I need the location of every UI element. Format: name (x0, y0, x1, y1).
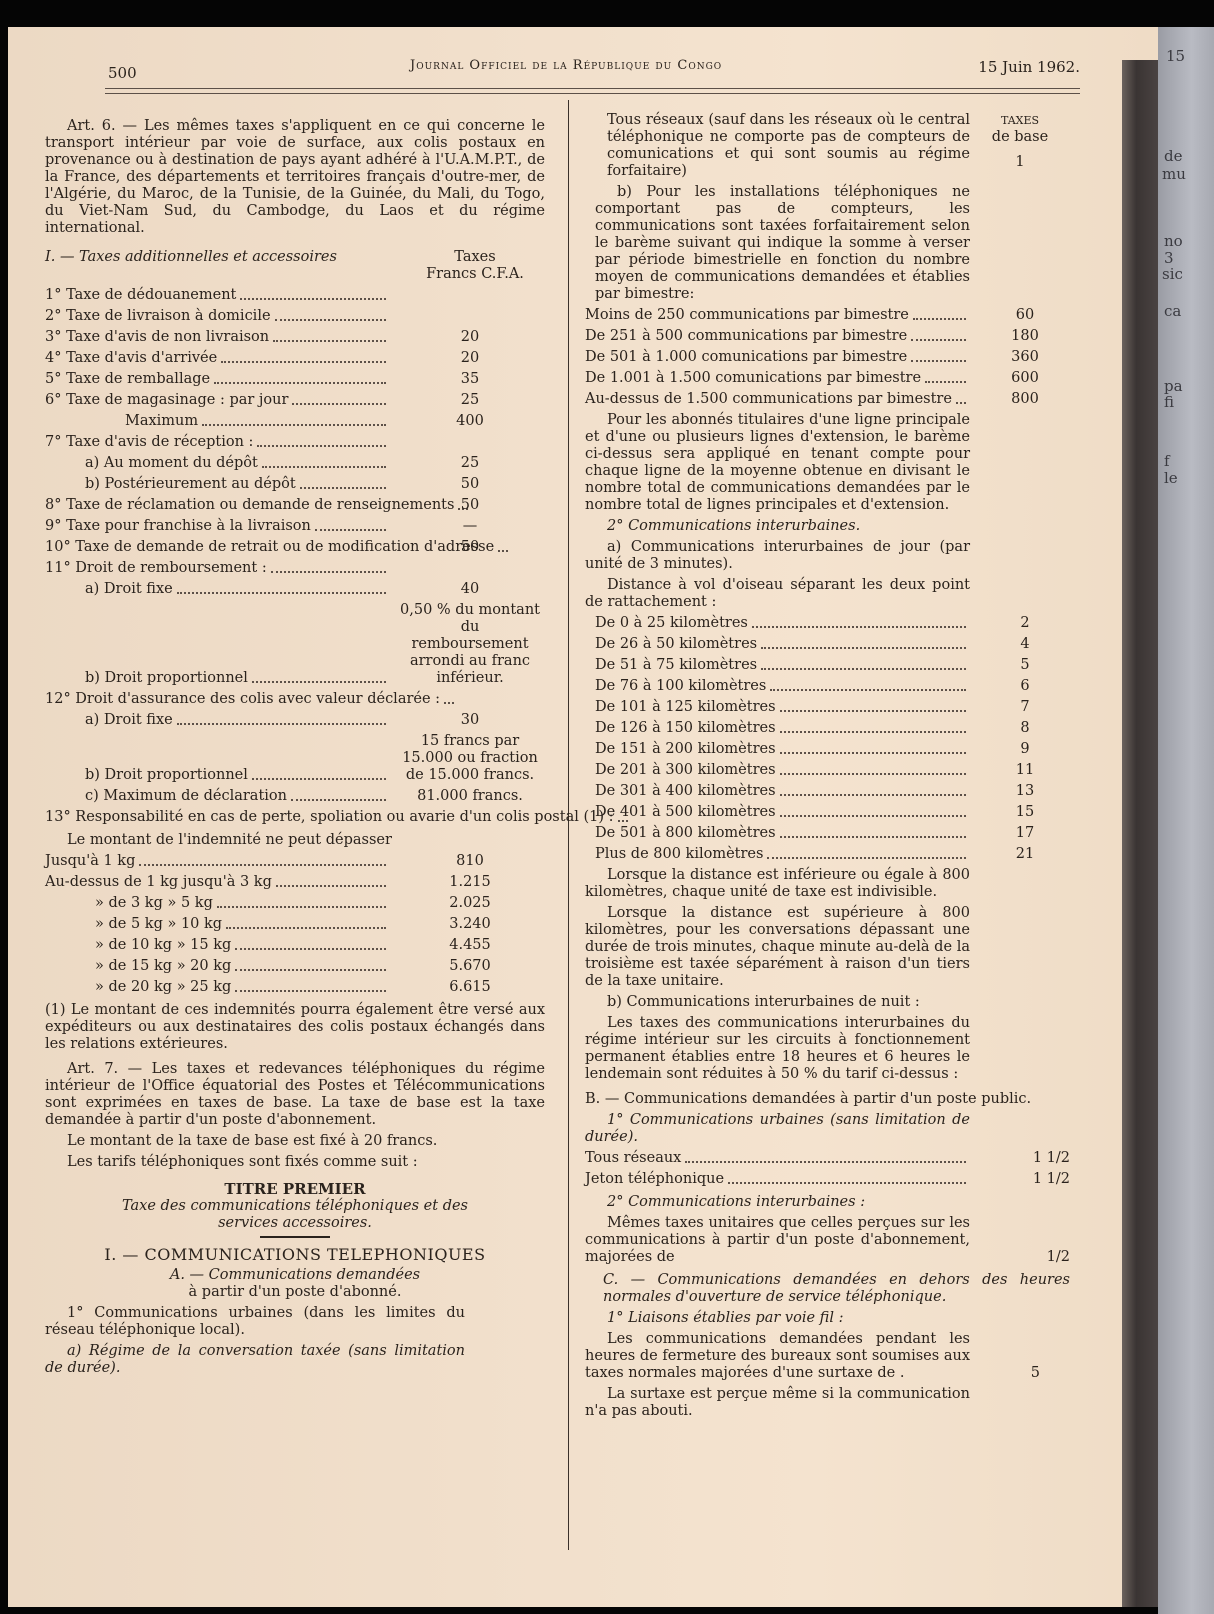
tax-item-row: b) Droit proportionnel0,50 % du montant … (45, 602, 545, 687)
leader-dots (262, 466, 386, 468)
leader-dots (767, 857, 966, 859)
tariffs-intro: Les tarifs téléphoniques sont fixés comm… (45, 1154, 545, 1171)
row-label-wrap: 13° Responsabilité en cas de perte, spol… (45, 809, 390, 826)
leader-dots (217, 906, 386, 908)
row-value: 15 francs par 15.000 ou fraction de 15.0… (390, 733, 540, 784)
leader-dots (761, 668, 966, 670)
indemnity-row: » de 15 kg » 20 kg5.670 (45, 958, 545, 975)
row-label-wrap: 8° Taxe de réclamation ou demande de ren… (45, 497, 390, 514)
indemnity-row: Jusqu'à 1 kg810 (45, 853, 545, 870)
C1-text: Les communications demandées pendant les… (585, 1331, 970, 1382)
row-value: 15 (970, 804, 1070, 821)
row-value: 1 1/2 (970, 1150, 1070, 1167)
leader-dots (911, 339, 966, 341)
tous-reseaux-value: 1 (970, 154, 1070, 171)
distance-row: De 401 à 500 kilomètres15 (585, 804, 1070, 821)
urban-comm-text: 1° Communications urbaines (dans les lim… (45, 1305, 545, 1339)
row-label: Au-dessus de 1.500 communications par bi… (585, 391, 952, 408)
row-value: 5 (970, 657, 1070, 674)
leader-dots (252, 681, 386, 683)
row-label-wrap: De 251 à 500 communications par bimestre (585, 328, 970, 345)
surtaxe-text: La surtaxe est perçue même si la communi… (585, 1386, 970, 1420)
row-value: — (390, 518, 540, 535)
distance-row: De 76 à 100 kilomètres6 (585, 678, 1070, 695)
column-header: Taxes Francs C.F.A. (390, 249, 545, 283)
titre-premier-heading: TITRE PREMIER (45, 1181, 545, 1198)
tax-item-row: 9° Taxe pour franchise à la livraison— (45, 518, 545, 535)
public-urban-row: Jeton téléphonique1 1/2 (585, 1171, 1070, 1188)
row-label-wrap: De 401 à 500 kilomètres (585, 804, 970, 821)
leader-dots (276, 885, 386, 887)
leader-dots (221, 361, 386, 363)
row-label: Au-dessus de 1 kg jusqu'à 3 kg (45, 874, 272, 891)
row-label: c) Maximum de déclaration (45, 788, 287, 805)
row-label: a) Droit fixe (45, 581, 173, 598)
tax-item-row: 7° Taxe d'avis de réception : (45, 434, 545, 451)
row-value: 20 (390, 329, 540, 346)
tax-item-row: b) Postérieurement au dépôt50 (45, 476, 545, 493)
row-label: b) Postérieurement au dépôt (45, 476, 296, 493)
row-value: 4 (970, 636, 1070, 653)
leader-dots (761, 647, 966, 649)
row-label: De 151 à 200 kilomètres (585, 741, 776, 758)
row-label-wrap: 11° Droit de remboursement : (45, 560, 390, 577)
right-column: Tous réseaux (sauf dans les réseaux où l… (585, 108, 1070, 1424)
leader-dots (444, 702, 454, 704)
row-label-wrap: » de 5 kg » 10 kg (45, 916, 390, 933)
row-label-wrap: Jusqu'à 1 kg (45, 853, 390, 870)
leader-dots (780, 731, 966, 733)
base-tax-text: Le montant de la taxe de base est fixé à… (45, 1133, 545, 1150)
row-value: 1 1/2 (970, 1171, 1070, 1188)
distance-table: De 0 à 25 kilomètres2De 26 à 50 kilomètr… (585, 615, 1070, 863)
tax-item-row: 2° Taxe de livraison à domicile (45, 308, 545, 325)
tax-item-row: c) Maximum de déclaration81.000 francs. (45, 788, 545, 805)
row-label-wrap: De 126 à 150 kilomètres (585, 720, 970, 737)
row-label: De 126 à 150 kilomètres (585, 720, 776, 737)
leader-dots (780, 815, 966, 817)
tax-column: TAXES de base 1 (970, 112, 1070, 180)
C1-value: 5 (970, 1365, 1070, 1382)
tax-item-row: 4° Taxe d'avis d'arrivée20 (45, 350, 545, 367)
section-title: I. — Taxes additionnelles et accessoires (45, 249, 390, 283)
issue-date: 15 Juin 1962. (978, 58, 1080, 76)
row-value: 11 (970, 762, 1070, 779)
row-label: Maximum (45, 413, 198, 430)
row-value: 35 (390, 371, 540, 388)
row-label-wrap: De 26 à 50 kilomètres (585, 636, 970, 653)
tax-item-row: a) Au moment du dépôt25 (45, 455, 545, 472)
leader-dots (300, 487, 386, 489)
bimestre-row: De 251 à 500 communications par bimestre… (585, 328, 1070, 345)
row-label: 2° Taxe de livraison à domicile (45, 308, 271, 325)
row-value: 1.215 (390, 874, 540, 891)
row-label-wrap: Jeton téléphonique (585, 1171, 970, 1188)
row-value: 6 (970, 678, 1070, 695)
leader-dots (315, 529, 386, 531)
book-gutter-shadow (1122, 60, 1158, 1607)
next-page-fragment: f (1164, 452, 1170, 470)
row-label: 11° Droit de remboursement : (45, 560, 267, 577)
column-header-line2: Francs C.F.A. (405, 266, 545, 283)
row-label: » de 5 kg » 10 kg (45, 916, 222, 933)
tax-item-row: 11° Droit de remboursement : (45, 560, 545, 577)
row-label-wrap: De 151 à 200 kilomètres (585, 741, 970, 758)
b-installations-text: b) Pour les installations téléphoniques … (585, 184, 970, 303)
additional-taxes-list: 1° Taxe de dédouanement2° Taxe de livrai… (45, 287, 545, 826)
indemnity-table: Jusqu'à 1 kg810Au-dessus de 1 kg jusqu'à… (45, 853, 545, 996)
row-label-wrap: c) Maximum de déclaration (45, 788, 390, 805)
leader-dots (780, 836, 966, 838)
tax-item-row: 13° Responsabilité en cas de perte, spol… (45, 809, 545, 826)
next-page-fragment: sic (1162, 265, 1183, 283)
row-label: 5° Taxe de remballage (45, 371, 210, 388)
row-value: 40 (390, 581, 540, 598)
row-value: 810 (390, 853, 540, 870)
row-label-wrap: 10° Taxe de demande de retrait ou de mod… (45, 539, 390, 556)
tax-item-row: 6° Taxe de magasinage : par jour25 (45, 392, 545, 409)
column-header-line2: de base (970, 129, 1070, 146)
B1-heading: 1° Communications urbaines (sans limitat… (585, 1112, 970, 1146)
row-label: 4° Taxe d'avis d'arrivée (45, 350, 217, 367)
bimestre-row: De 501 à 1.000 comunications par bimestr… (585, 349, 1070, 366)
row-label: Jeton téléphonique (585, 1171, 724, 1188)
partC-heading: C. — Communications demandées en dehors … (585, 1272, 1070, 1306)
B2-row: Mêmes taxes unitaires que celles perçues… (585, 1215, 1070, 1266)
partA-heading-line1: A. — Communications demandées (45, 1267, 545, 1284)
indemnity-row: » de 3 kg » 5 kg2.025 (45, 895, 545, 912)
row-value: 25 (390, 455, 540, 472)
tous-reseaux-text: Tous réseaux (sauf dans les réseaux où l… (585, 112, 970, 180)
distance-row: De 301 à 400 kilomètres13 (585, 783, 1070, 800)
row-label-wrap: 7° Taxe d'avis de réception : (45, 434, 390, 451)
leader-dots (780, 794, 966, 796)
next-page-fragment: de (1164, 147, 1182, 165)
row-label: De 1.001 à 1.500 comunications par bimes… (585, 370, 921, 387)
C1-heading: 1° Liaisons établies par voie fil : (585, 1310, 1070, 1327)
next-page-fragment: no (1164, 232, 1183, 250)
column-header-line1: Taxes (405, 249, 545, 266)
row-value: 6.615 (390, 979, 540, 996)
leader-dots (235, 948, 386, 950)
row-label-wrap: De 1.001 à 1.500 comunications par bimes… (585, 370, 970, 387)
next-page-fragment: 15 (1166, 47, 1185, 65)
distance-row: De 201 à 300 kilomètres11 (585, 762, 1070, 779)
row-label-wrap: 9° Taxe pour franchise à la livraison (45, 518, 390, 535)
tax-item-row: a) Droit fixe40 (45, 581, 545, 598)
leader-dots (728, 1182, 966, 1184)
row-label-wrap: De 76 à 100 kilomètres (585, 678, 970, 695)
row-value: 9 (970, 741, 1070, 758)
art7-paragraph: Art. 7. — Les taxes et redevances téléph… (45, 1061, 545, 1129)
row-label-wrap: a) Droit fixe (45, 581, 390, 598)
row-value: 7 (970, 699, 1070, 716)
row-label: De 251 à 500 communications par bimestre (585, 328, 907, 345)
row-label: De 501 à 800 kilomètres (585, 825, 776, 842)
row-label-wrap: De 201 à 300 kilomètres (585, 762, 970, 779)
row-value: 20 (390, 350, 540, 367)
row-value: 17 (970, 825, 1070, 842)
distance-rule-2: Lorsque la distance est supérieure à 800… (585, 905, 970, 990)
row-label: De 101 à 125 kilomètres (585, 699, 776, 716)
public-urban-row: Tous réseaux1 1/2 (585, 1150, 1070, 1167)
row-value: 400 (390, 413, 540, 430)
partB-heading: B. — Communications demandées à partir d… (585, 1091, 1070, 1108)
next-page-fragment: mu (1162, 165, 1186, 183)
tax-item-row: 8° Taxe de réclamation ou demande de ren… (45, 497, 545, 514)
C1-row: Les communications demandées pendant les… (585, 1331, 1070, 1382)
tax-item-row: 12° Droit d'assurance des colis avec val… (45, 691, 545, 708)
row-value: 13 (970, 783, 1070, 800)
leader-dots (911, 360, 966, 362)
tax-item-row: 10° Taxe de demande de retrait ou de mod… (45, 539, 545, 556)
footnote: (1) Le montant de ces indemnités pourra … (45, 1002, 545, 1053)
leader-dots (291, 799, 386, 801)
row-label: b) Droit proportionnel (45, 767, 248, 784)
distance-row: Plus de 800 kilomètres21 (585, 846, 1070, 863)
row-value: 50 (390, 539, 540, 556)
taxes-section-heading: I. — Taxes additionnelles et accessoires… (45, 249, 545, 283)
part1-heading: I. — COMMUNICATIONS TELEPHONIQUES (45, 1246, 545, 1263)
leader-dots (139, 864, 386, 866)
row-label-wrap: 2° Taxe de livraison à domicile (45, 308, 390, 325)
page-number: 500 (108, 64, 137, 82)
next-page-fragment: fi (1164, 393, 1174, 411)
row-label-wrap: De 0 à 25 kilomètres (585, 615, 970, 632)
tax-item-row: a) Droit fixe30 (45, 712, 545, 729)
row-value: 4.455 (390, 937, 540, 954)
B2-heading: 2° Communications interurbaines : (585, 1194, 1070, 1211)
interurban-day-text: a) Communications interurbaines de jour … (585, 539, 970, 573)
tax-item-row: 1° Taxe de dédouanement (45, 287, 545, 304)
bimestre-row: Moins de 250 communications par bimestre… (585, 307, 1070, 324)
row-label: a) Droit fixe (45, 712, 173, 729)
row-label-wrap: Au-dessus de 1 kg jusqu'à 3 kg (45, 874, 390, 891)
row-value: 2.025 (390, 895, 540, 912)
leader-dots (235, 990, 386, 992)
row-value: 8 (970, 720, 1070, 737)
leader-dots (177, 592, 386, 594)
next-page-fragment: le (1164, 469, 1178, 487)
row-label-wrap: Maximum (45, 413, 390, 430)
row-label-wrap: » de 3 kg » 5 kg (45, 895, 390, 912)
section-divider (260, 1236, 330, 1238)
row-label: De 301 à 400 kilomètres (585, 783, 776, 800)
bimestre-row: Au-dessus de 1.500 communications par bi… (585, 391, 1070, 408)
leader-dots (240, 298, 386, 300)
row-label: » de 10 kg » 15 kg (45, 937, 231, 954)
distance-row: De 26 à 50 kilomètres4 (585, 636, 1070, 653)
journal-title: Journal Officiel de la République du Con… (410, 58, 722, 73)
indemnity-row: » de 10 kg » 15 kg4.455 (45, 937, 545, 954)
indemnity-intro: Le montant de l'indemnité ne peut dépass… (45, 832, 545, 849)
row-value: 180 (970, 328, 1070, 345)
distance-intro: Distance à vol d'oiseau séparant les deu… (585, 577, 970, 611)
row-label: 1° Taxe de dédouanement (45, 287, 236, 304)
row-label-wrap: b) Droit proportionnel (45, 670, 390, 687)
row-label: Tous réseaux (585, 1150, 681, 1167)
distance-row: De 501 à 800 kilomètres17 (585, 825, 1070, 842)
row-label: De 76 à 100 kilomètres (585, 678, 766, 695)
row-label: 3° Taxe d'avis de non livraison (45, 329, 269, 346)
row-label: 13° Responsabilité en cas de perte, spol… (45, 809, 614, 826)
row-value: 30 (390, 712, 540, 729)
row-label-wrap: a) Droit fixe (45, 712, 390, 729)
bimestre-row: De 1.001 à 1.500 comunications par bimes… (585, 370, 1070, 387)
tous-reseaux-row: Tous réseaux (sauf dans les réseaux où l… (585, 112, 1070, 180)
distance-row: De 51 à 75 kilomètres5 (585, 657, 1070, 674)
distance-row: De 0 à 25 kilomètres2 (585, 615, 1070, 632)
row-label: De 401 à 500 kilomètres (585, 804, 776, 821)
row-value: 50 (390, 476, 540, 493)
row-label: » de 3 kg » 5 kg (45, 895, 213, 912)
leader-dots (780, 710, 966, 712)
bimestre-table: Moins de 250 communications par bimestre… (585, 307, 1070, 408)
row-label: » de 20 kg » 25 kg (45, 979, 231, 996)
row-value: 5.670 (390, 958, 540, 975)
row-label-wrap: 5° Taxe de remballage (45, 371, 390, 388)
row-value: 21 (970, 846, 1070, 863)
row-value: 360 (970, 349, 1070, 366)
row-label-wrap: 6° Taxe de magasinage : par jour (45, 392, 390, 409)
row-value: 2 (970, 615, 1070, 632)
row-label: » de 15 kg » 20 kg (45, 958, 231, 975)
row-label-wrap: b) Droit proportionnel (45, 767, 390, 784)
row-label-wrap: 1° Taxe de dédouanement (45, 287, 390, 304)
leader-dots (235, 969, 386, 971)
leader-dots (780, 773, 966, 775)
tax-item-row: b) Droit proportionnel15 francs par 15.0… (45, 733, 545, 784)
row-value: 50 (390, 497, 540, 514)
leader-dots (752, 626, 966, 628)
leader-dots (214, 382, 386, 384)
leader-dots (226, 927, 386, 929)
row-label: 7° Taxe d'avis de réception : (45, 434, 253, 451)
row-label-wrap: De 51 à 75 kilomètres (585, 657, 970, 674)
row-value: 60 (970, 307, 1070, 324)
row-label: Moins de 250 communications par bimestre (585, 307, 909, 324)
leader-dots (685, 1161, 966, 1163)
next-page-edge: 15 de mu no 3 sic ca pa fi f le (1158, 27, 1214, 1614)
leader-dots (271, 571, 386, 573)
night-heading: b) Communications interurbaines de nuit … (585, 994, 1070, 1011)
abonnes-text: Pour les abonnés titulaires d'une ligne … (585, 412, 970, 514)
row-label-wrap: 3° Taxe d'avis de non livraison (45, 329, 390, 346)
row-label-wrap: 4° Taxe d'avis d'arrivée (45, 350, 390, 367)
row-label: De 0 à 25 kilomètres (585, 615, 748, 632)
distance-rule-1: Lorsque la distance est inférieure ou ég… (585, 867, 970, 901)
art6-paragraph: Art. 6. — Les mêmes taxes s'appliquent e… (45, 118, 545, 237)
leader-dots (956, 402, 966, 404)
column-header-line1: TAXES (970, 112, 1070, 129)
distance-row: De 151 à 200 kilomètres9 (585, 741, 1070, 758)
row-label: 12° Droit d'assurance des colis avec val… (45, 691, 440, 708)
tax-item-row: Maximum400 (45, 413, 545, 430)
leader-dots (202, 424, 386, 426)
row-label-wrap: Tous réseaux (585, 1150, 970, 1167)
row-value: 0,50 % du montant du remboursement arron… (390, 602, 540, 687)
row-label: De 501 à 1.000 comunications par bimestr… (585, 349, 907, 366)
page-header: 500 Journal Officiel de la République du… (100, 52, 1080, 82)
row-label: a) Au moment du dépôt (45, 455, 258, 472)
row-value: 81.000 francs. (390, 788, 540, 805)
row-label-wrap: b) Postérieurement au dépôt (45, 476, 390, 493)
tax-item-row: 3° Taxe d'avis de non livraison20 (45, 329, 545, 346)
left-column: Art. 6. — Les mêmes taxes s'appliquent e… (45, 118, 545, 1381)
indemnity-row: » de 20 kg » 25 kg6.615 (45, 979, 545, 996)
distance-row: De 126 à 150 kilomètres8 (585, 720, 1070, 737)
leader-dots (770, 689, 966, 691)
interurban-heading: 2° Communications interurbaines. (585, 518, 1070, 535)
row-label: De 51 à 75 kilomètres (585, 657, 757, 674)
row-value: 3.240 (390, 916, 540, 933)
leader-dots (252, 778, 386, 780)
leader-dots (177, 723, 386, 725)
tax-item-row: 5° Taxe de remballage35 (45, 371, 545, 388)
row-value: 600 (970, 370, 1070, 387)
leader-dots (257, 445, 386, 447)
row-value: 25 (390, 392, 540, 409)
header-double-rule (105, 88, 1080, 94)
leader-dots (925, 381, 966, 383)
row-label-wrap: » de 20 kg » 25 kg (45, 979, 390, 996)
row-label-wrap: De 301 à 400 kilomètres (585, 783, 970, 800)
leader-dots (292, 403, 386, 405)
indemnity-row: » de 5 kg » 10 kg3.240 (45, 916, 545, 933)
row-label: 9° Taxe pour franchise à la livraison (45, 518, 311, 535)
row-label-wrap: Plus de 800 kilomètres (585, 846, 970, 863)
row-label-wrap: a) Au moment du dépôt (45, 455, 390, 472)
partA-heading-line2: à partir d'un poste d'abonné. (45, 1284, 545, 1301)
titre-subtitle: Taxe des communications téléphoniques et… (45, 1198, 545, 1232)
leader-dots (275, 319, 386, 321)
leader-dots (273, 340, 386, 342)
B2-text: Mêmes taxes unitaires que celles perçues… (585, 1215, 970, 1266)
indemnity-row: Au-dessus de 1 kg jusqu'à 3 kg1.215 (45, 874, 545, 891)
next-page-fragment: ca (1164, 302, 1181, 320)
row-label: De 26 à 50 kilomètres (585, 636, 757, 653)
row-label-wrap: » de 10 kg » 15 kg (45, 937, 390, 954)
regime-text: a) Régime de la conversation taxée (sans… (45, 1343, 545, 1377)
leader-dots (913, 318, 966, 320)
public-urban-table: Tous réseaux1 1/2Jeton téléphonique1 1/2 (585, 1150, 1070, 1188)
row-label: 6° Taxe de magasinage : par jour (45, 392, 288, 409)
row-label-wrap: De 101 à 125 kilomètres (585, 699, 970, 716)
leader-dots (780, 752, 966, 754)
B2-value: 1/2 (970, 1249, 1070, 1266)
row-label-wrap: Au-dessus de 1.500 communications par bi… (585, 391, 970, 408)
row-value: 800 (970, 391, 1070, 408)
row-label-wrap: 12° Droit d'assurance des colis avec val… (45, 691, 390, 708)
row-label-wrap: » de 15 kg » 20 kg (45, 958, 390, 975)
row-label-wrap: De 501 à 800 kilomètres (585, 825, 970, 842)
row-label-wrap: Moins de 250 communications par bimestre (585, 307, 970, 324)
row-label-wrap: De 501 à 1.000 comunications par bimestr… (585, 349, 970, 366)
row-label: b) Droit proportionnel (45, 670, 248, 687)
row-label: De 201 à 300 kilomètres (585, 762, 776, 779)
row-label: Plus de 800 kilomètres (585, 846, 763, 863)
night-text: Les taxes des communications interurbain… (585, 1015, 970, 1083)
row-label: Jusqu'à 1 kg (45, 853, 135, 870)
distance-row: De 101 à 125 kilomètres7 (585, 699, 1070, 716)
